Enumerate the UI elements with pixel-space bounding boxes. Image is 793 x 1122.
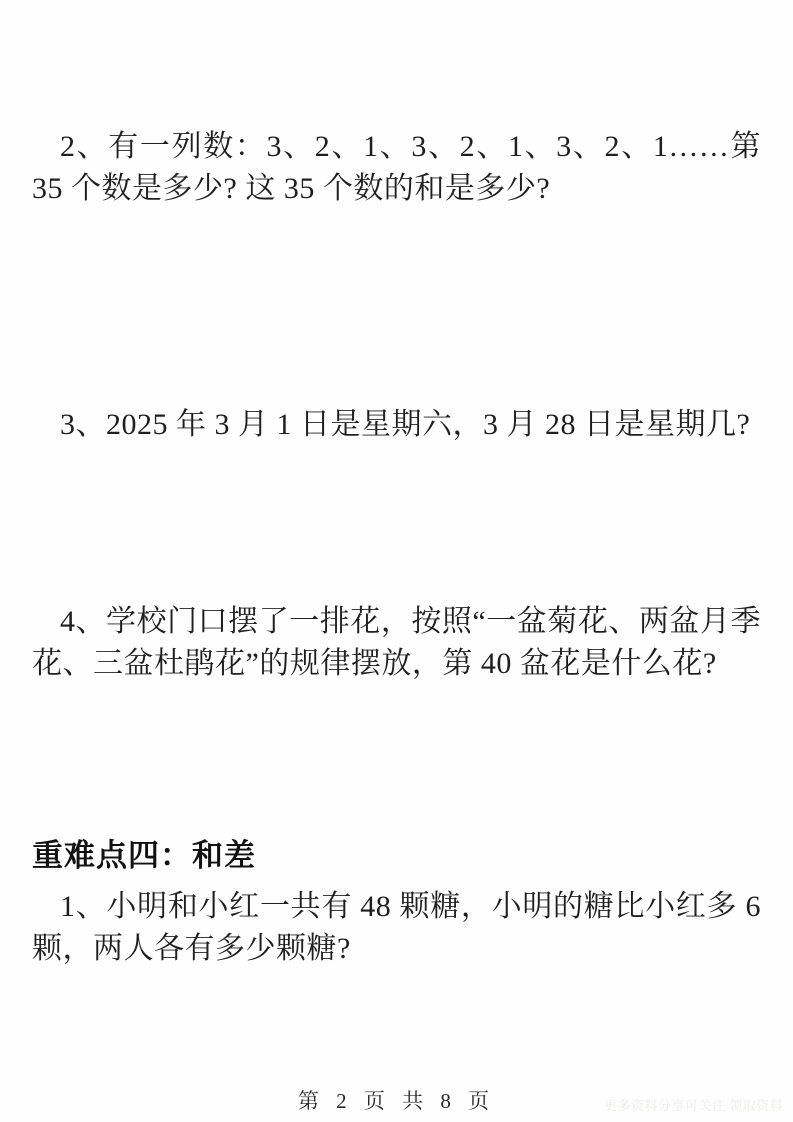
- question-1-candy-sum-difference: 1、小明和小红一共有 48 颗糖，小明的糖比小红多 6 颗，两人各有多少颗糖?: [32, 886, 761, 970]
- question-4-flower-pattern: 4、学校门口摆了一排花，按照“一盆菊花、两盆月季花、三盆杜鹃花”的规律摆放，第 …: [32, 601, 761, 685]
- worksheet-page: 2、有一列数：3、2、1、3、2、1、3、2、1……第 35 个数是多少? 这 …: [0, 0, 793, 1122]
- question-2-number-sequence: 2、有一列数：3、2、1、3、2、1、3、2、1……第 35 个数是多少? 这 …: [32, 126, 761, 210]
- faint-watermark: 更多资料分享可关注 领取资料: [604, 1098, 790, 1114]
- question-3-calendar: 3、2025 年 3 月 1 日是星期六，3 月 28 日是星期几?: [32, 404, 761, 446]
- section-heading-sum-and-difference: 重难点四：和差: [32, 836, 761, 876]
